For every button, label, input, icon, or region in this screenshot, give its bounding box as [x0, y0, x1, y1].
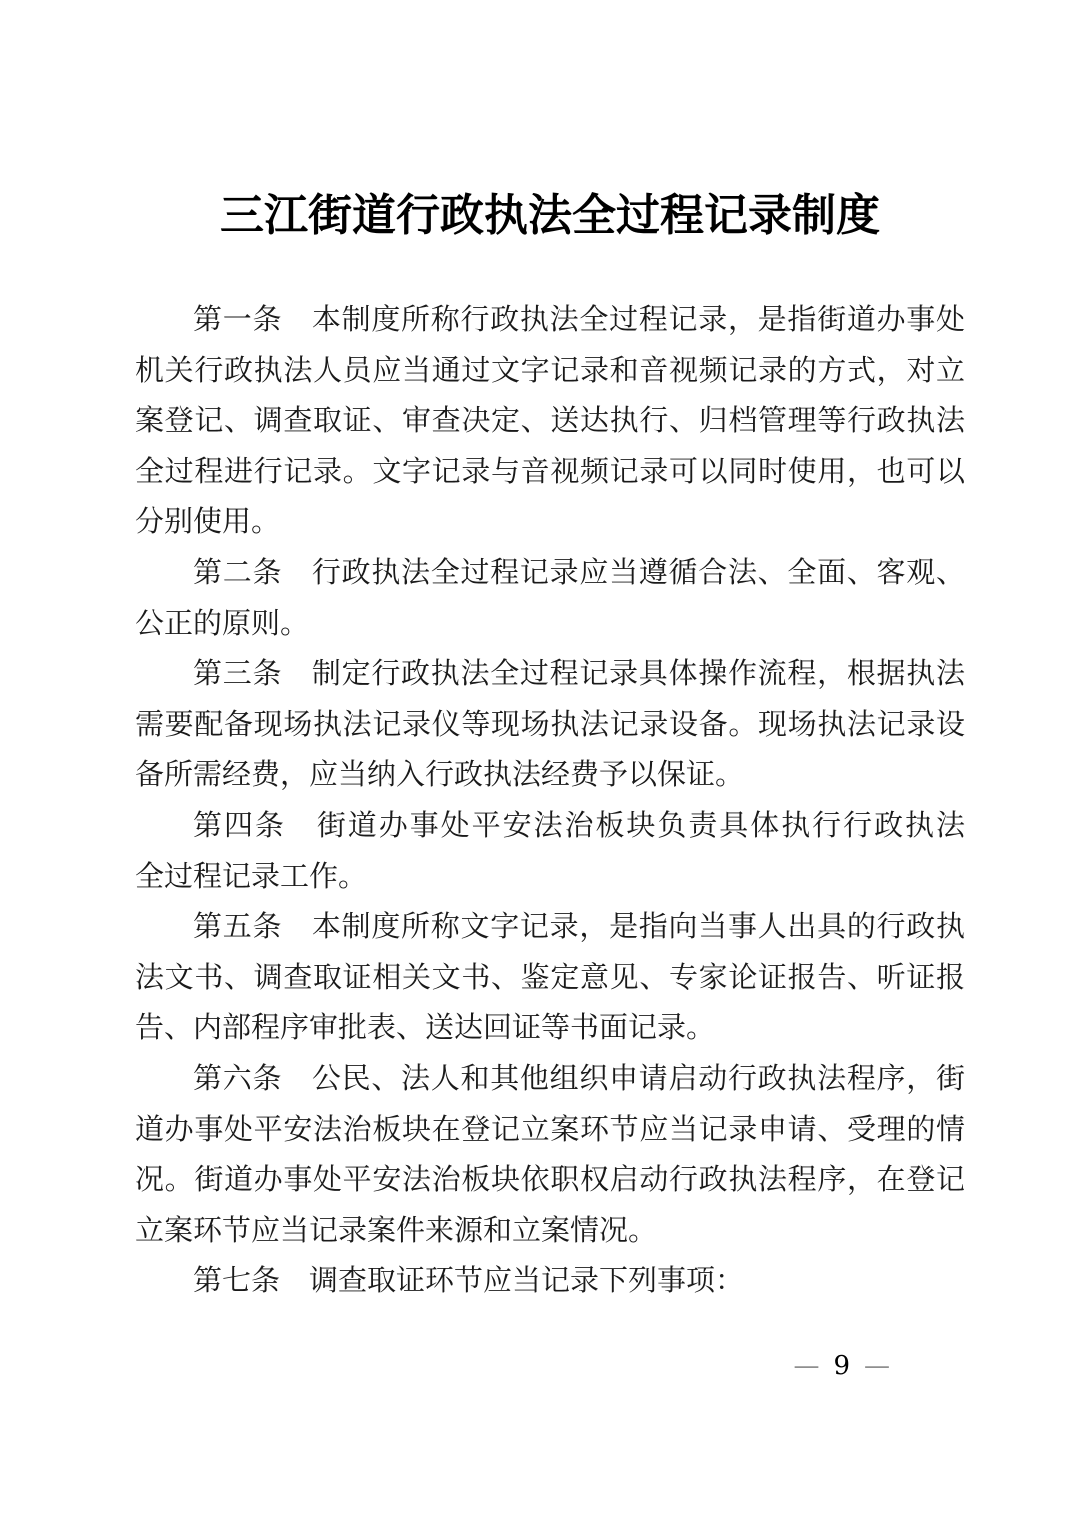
- page-number: 9: [833, 1346, 850, 1386]
- text-line: 案登记、调查取证、审查决定、送达执行、归档管理等行政执法: [135, 395, 965, 446]
- text-line: 立案环节应当记录案件来源和立案情况。: [135, 1205, 965, 1256]
- document-title: 三江街道行政执法全过程记录制度: [135, 186, 965, 246]
- text-line: 法文书、调查取证相关文书、鉴定意见、专家论证报告、听证报: [135, 952, 965, 1003]
- text-line: 第三条 制定行政执法全过程记录具体操作流程，根据执法: [135, 648, 965, 699]
- text-line: 需要配备现场执法记录仪等现场执法记录设备。现场执法记录设: [135, 699, 965, 750]
- article-2: 第二条 行政执法全过程记录应当遵循合法、全面、客观、 公正的原则。: [135, 547, 965, 648]
- article-5: 第五条 本制度所称文字记录，是指向当事人出具的行政执 法文书、调查取证相关文书、…: [135, 901, 965, 1053]
- text-line: 第六条 公民、法人和其他组织申请启动行政执法程序，街: [135, 1053, 965, 1104]
- text-line: 告、内部程序审批表、送达回证等书面记录。: [135, 1002, 965, 1053]
- text-line: 第五条 本制度所称文字记录，是指向当事人出具的行政执: [135, 901, 965, 952]
- text-line: 机关行政执法人员应当通过文字记录和音视频记录的方式，对立: [135, 345, 965, 396]
- text-line: 第七条 调查取证环节应当记录下列事项：: [135, 1255, 965, 1306]
- text-line: 况。街道办事处平安法治板块依职权启动行政执法程序，在登记: [135, 1154, 965, 1205]
- article-6: 第六条 公民、法人和其他组织申请启动行政执法程序，街 道办事处平安法治板块在登记…: [135, 1053, 965, 1255]
- text-line: 全过程记录工作。: [135, 851, 965, 902]
- text-line: 第二条 行政执法全过程记录应当遵循合法、全面、客观、: [135, 547, 965, 598]
- text-line: 公正的原则。: [135, 598, 965, 649]
- article-7: 第七条 调查取证环节应当记录下列事项：: [135, 1255, 965, 1306]
- text-line: 全过程进行记录。文字记录与音视频记录可以同时使用，也可以: [135, 446, 965, 497]
- scanned-document-page: 三江街道行政执法全过程记录制度 第一条 本制度所称行政执法全过程记录，是指街道办…: [0, 0, 1074, 1520]
- article-4: 第四条 街道办事处平安法治板块负责具体执行行政执法 全过程记录工作。: [135, 800, 965, 901]
- text-line: 备所需经费，应当纳入行政执法经费予以保证。: [135, 749, 965, 800]
- text-line: 道办事处平安法治板块在登记立案环节应当记录申请、受理的情: [135, 1104, 965, 1155]
- text-line: 第一条 本制度所称行政执法全过程记录，是指街道办事处: [135, 294, 965, 345]
- page-footer: — 9 —: [779, 1346, 904, 1386]
- document-body: 第一条 本制度所称行政执法全过程记录，是指街道办事处 机关行政执法人员应当通过文…: [135, 294, 965, 1306]
- article-3: 第三条 制定行政执法全过程记录具体操作流程，根据执法 需要配备现场执法记录仪等现…: [135, 648, 965, 800]
- article-1: 第一条 本制度所称行政执法全过程记录，是指街道办事处 机关行政执法人员应当通过文…: [135, 294, 965, 547]
- text-line: 第四条 街道办事处平安法治板块负责具体执行行政执法: [135, 800, 965, 851]
- footer-dash-right: —: [850, 1346, 904, 1386]
- text-line: 分别使用。: [135, 496, 965, 547]
- footer-dash-left: —: [779, 1346, 833, 1386]
